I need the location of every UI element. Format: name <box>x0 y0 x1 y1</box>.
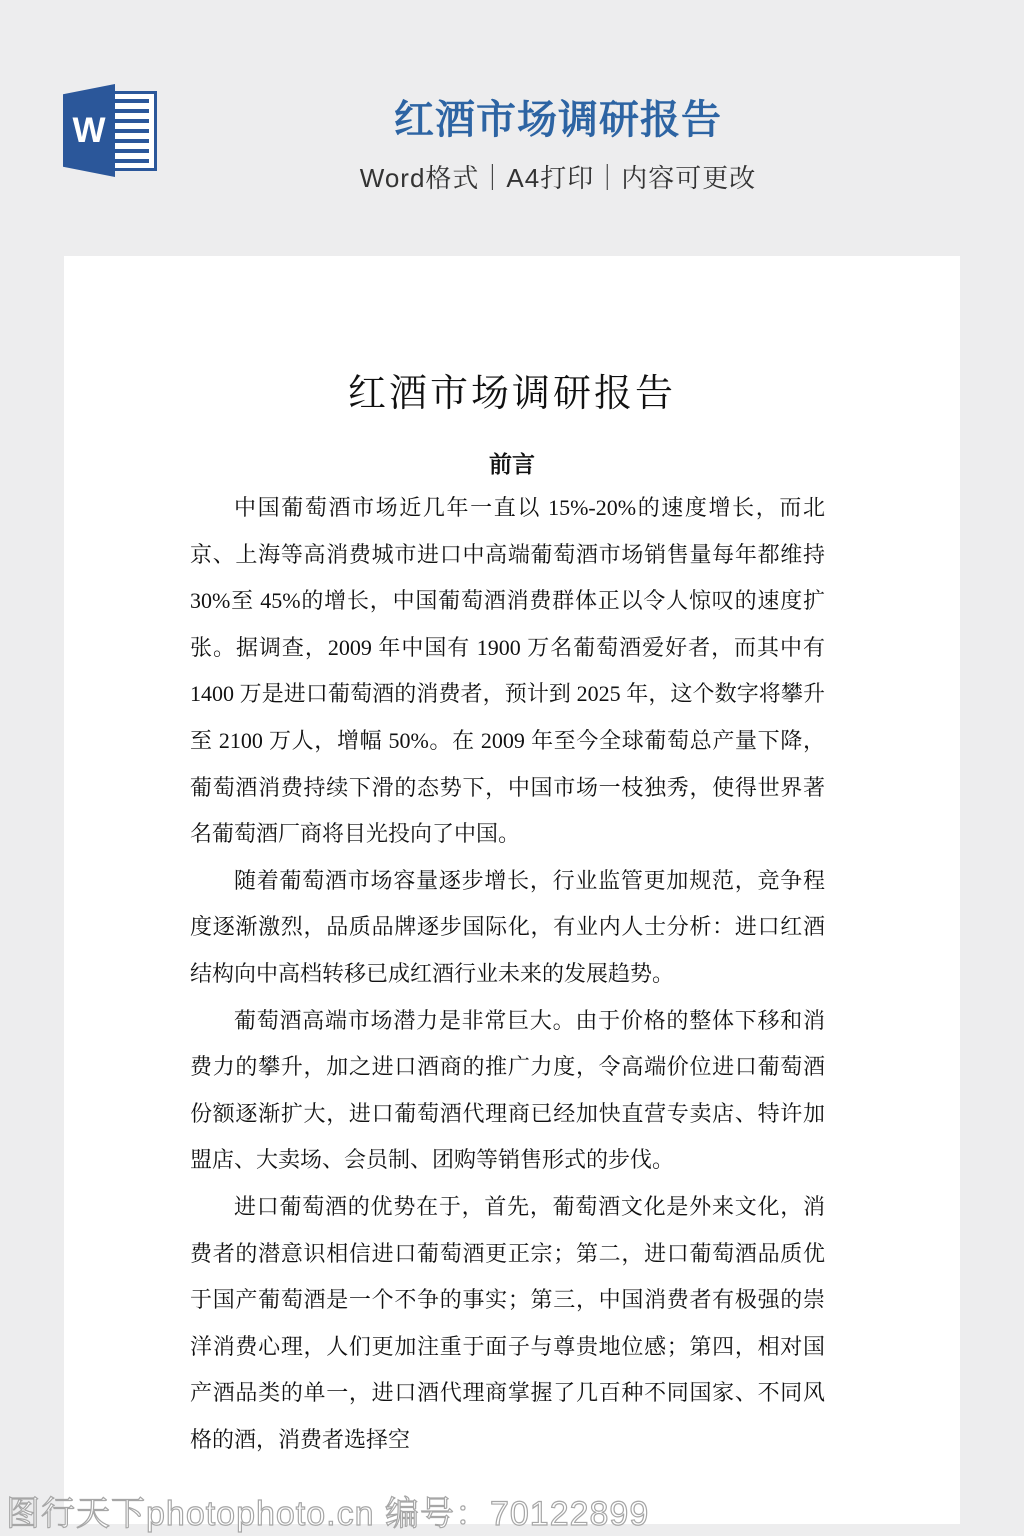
word-icon-text-lines <box>115 99 149 163</box>
section-heading-preface: 前言 <box>64 446 960 479</box>
site-watermark: 图行天下photophoto.cn 编号：70122899 <box>6 1486 649 1535</box>
ms-word-icon: W <box>63 84 157 177</box>
document-page: 红酒市场调研报告 前言 中国葡萄酒市场近几年一直以 15%-20%的速度增长，而… <box>64 256 960 1524</box>
body-paragraph-1: 中国葡萄酒市场近几年一直以 15%-20%的速度增长，而北京、上海等高消费城市进… <box>190 485 825 858</box>
template-subtitle: Word格式｜A4打印｜内容可更改 <box>156 158 960 195</box>
body-paragraph-3: 葡萄酒高端市场潜力是非常巨大。由于价格的整体下移和消费力的攀升，加之进口酒商的推… <box>190 998 825 1184</box>
document-title: 红酒市场调研报告 <box>64 362 960 417</box>
document-body: 中国葡萄酒市场近几年一直以 15%-20%的速度增长，而北京、上海等高消费城市进… <box>190 485 825 1463</box>
page-canvas: W 红酒市场调研报告 Word格式｜A4打印｜内容可更改 红酒市场调研报告 前言… <box>0 0 1024 1536</box>
template-header: W 红酒市场调研报告 Word格式｜A4打印｜内容可更改 <box>0 0 1024 230</box>
body-paragraph-4: 进口葡萄酒的优势在于，首先，葡萄酒文化是外来文化，消费者的潜意识相信进口葡萄酒更… <box>190 1184 825 1464</box>
word-icon-letter: W <box>72 113 105 148</box>
header-text-block: 红酒市场调研报告 Word格式｜A4打印｜内容可更改 <box>156 88 960 195</box>
word-icon-front-panel: W <box>63 84 115 177</box>
body-paragraph-2: 随着葡萄酒市场容量逐步增长，行业监管更加规范，竞争程度逐渐激烈，品质品牌逐步国际… <box>190 858 825 998</box>
template-title: 红酒市场调研报告 <box>156 88 960 145</box>
